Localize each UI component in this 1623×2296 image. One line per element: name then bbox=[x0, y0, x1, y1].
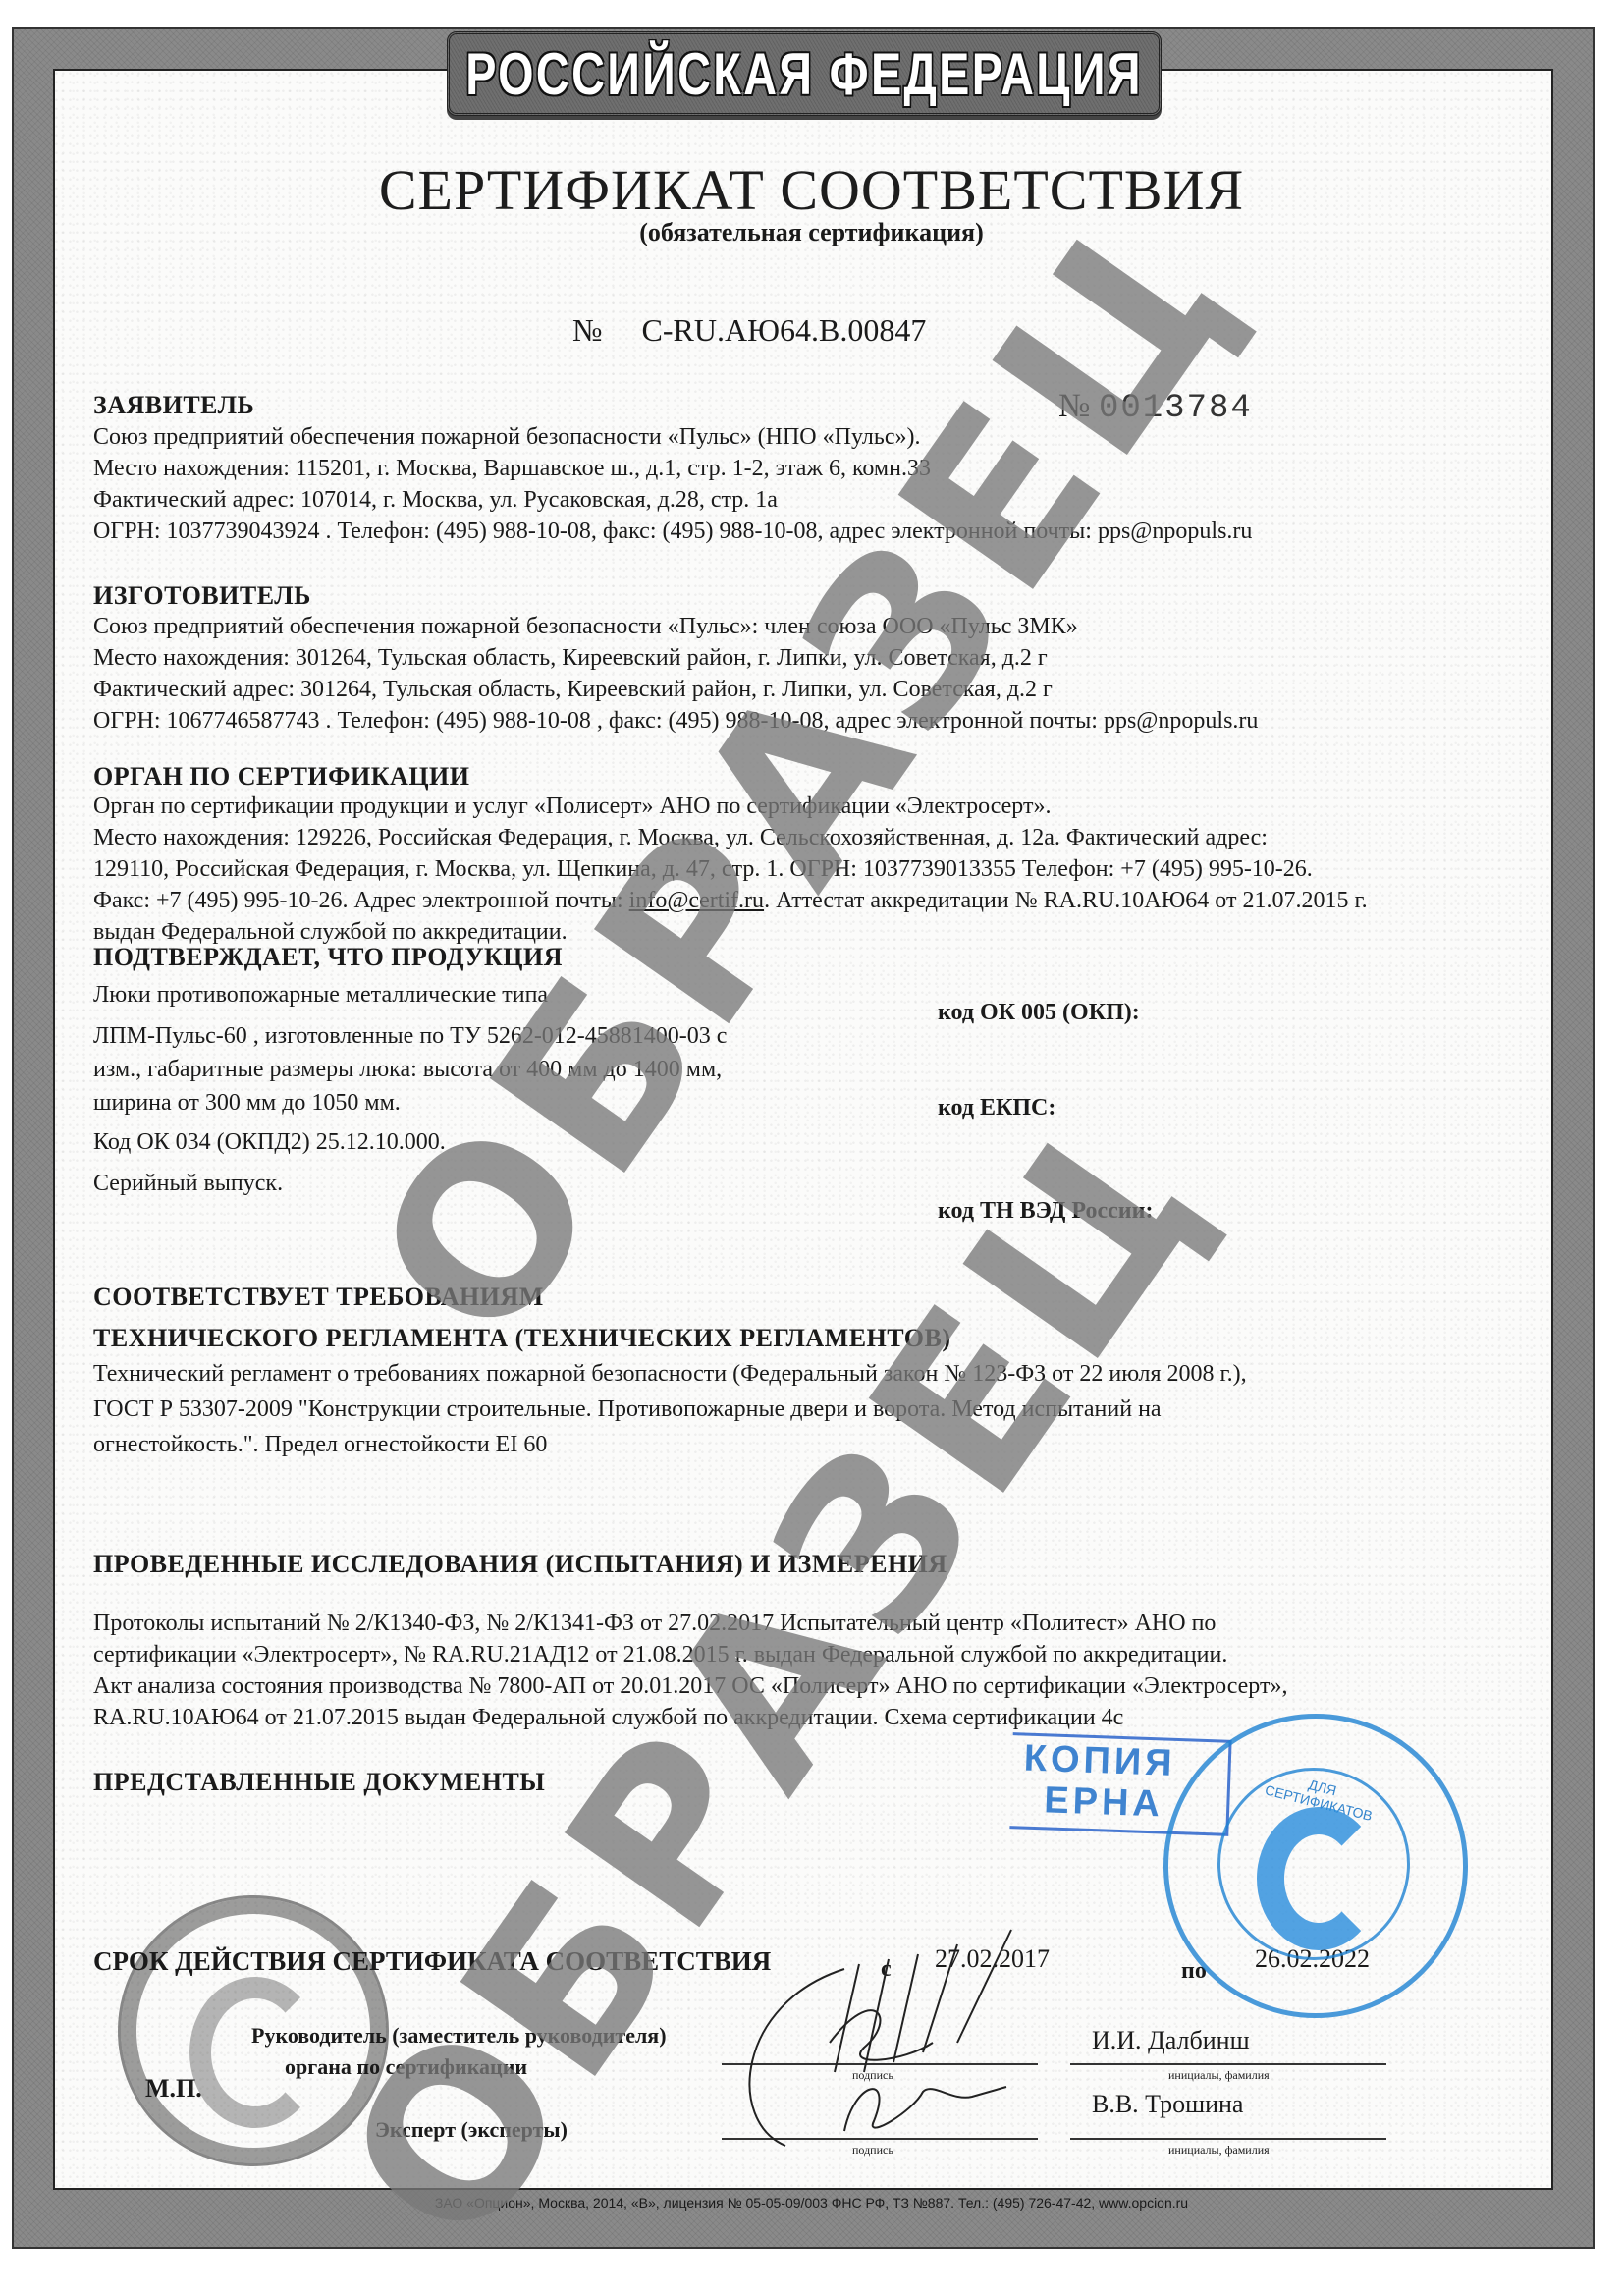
certification-body-heading: ОРГАН ПО СЕРТИФИКАЦИИ bbox=[93, 762, 470, 792]
expert-signature-line bbox=[722, 2138, 1038, 2140]
expert-name-caption: инициалы, фамилия bbox=[1168, 2143, 1270, 2158]
certification-body-line: Место нахождения: 129226, Российская Фед… bbox=[93, 825, 1268, 851]
blank-number-value: 0013784 bbox=[1099, 390, 1253, 427]
certificate-number-value: C-RU.АЮ64.В.00847 bbox=[642, 312, 927, 348]
tests-heading: ПРОВЕДЕННЫЕ ИССЛЕДОВАНИЯ (ИСПЫТАНИЯ) И И… bbox=[93, 1550, 947, 1579]
manufacturer-heading: ИЗГОТОВИТЕЛЬ bbox=[93, 581, 311, 611]
document-title: СЕРТИФИКАТ СООТВЕТСТВИЯ bbox=[0, 157, 1623, 223]
head-signature-caption: подпись bbox=[852, 2068, 893, 2083]
product-line: Код ОК 034 (ОКПД2) 25.12.10.000. bbox=[93, 1129, 446, 1156]
accreditation-text: . Аттестат аккредитации № RA.RU.10АЮ64 о… bbox=[764, 888, 1368, 913]
fax-and-email-prefix: Факс: +7 (495) 995-10-26. Адрес электрон… bbox=[93, 888, 629, 913]
applicant-line: ОГРН: 1037739043924 . Телефон: (495) 988… bbox=[93, 519, 1252, 545]
copy-stamp-line-1: КОПИЯ bbox=[1023, 1738, 1176, 1785]
tests-line: сертификации «Электросерт», № RA.RU.21АД… bbox=[93, 1642, 1227, 1668]
document-subtitle: (обязательная сертификация) bbox=[0, 218, 1623, 247]
product-line: ширина от 300 мм до 1050 мм. bbox=[93, 1090, 401, 1117]
tests-line: Акт анализа состояния производства № 780… bbox=[93, 1673, 1287, 1700]
head-name-line bbox=[1070, 2063, 1386, 2065]
certification-body-line: выдан Федеральной службой по аккредитаци… bbox=[93, 919, 568, 946]
copy-stamp-line-2: ЕРНА bbox=[1044, 1779, 1164, 1826]
manufacturer-line: ОГРН: 1067746587743 . Телефон: (495) 988… bbox=[93, 708, 1258, 735]
head-signatory-name: И.И. Далбинш bbox=[1092, 2026, 1250, 2055]
certification-body-line: Орган по сертификации продукции и услуг … bbox=[93, 793, 1051, 820]
certification-body-line: 129110, Российская Федерация, г. Москва,… bbox=[93, 856, 1313, 883]
blank-number: № 0013784 bbox=[1058, 388, 1253, 427]
applicant-line: Место нахождения: 115201, г. Москва, Вар… bbox=[93, 456, 931, 482]
product-heading: ПОДТВЕРЖДАЕТ, ЧТО ПРОДУКЦИЯ bbox=[93, 943, 563, 972]
requirements-line: ГОСТ Р 53307-2009 "Конструкции строитель… bbox=[93, 1396, 1162, 1423]
certification-mark-icon bbox=[1257, 1807, 1380, 1950]
code-tnved-label: код ТН ВЭД России: bbox=[938, 1198, 1153, 1225]
email-link[interactable]: info@certif.ru bbox=[629, 888, 764, 913]
expert-name: В.В. Трошина bbox=[1092, 2090, 1243, 2119]
number-sign: № bbox=[572, 312, 603, 348]
applicant-heading: ЗАЯВИТЕЛЬ bbox=[93, 391, 254, 420]
validity-from-date: 27.02.2017 bbox=[935, 1944, 1050, 1974]
product-line: Люки противопожарные металлические типа bbox=[93, 982, 548, 1009]
head-signatory-label: Руководитель (заместитель руководителя) bbox=[251, 2023, 667, 2049]
expert-name-line bbox=[1070, 2138, 1386, 2140]
validity-label: СРОК ДЕЙСТВИЯ СЕРТИФИКАТА СООТВЕТСТВИЯ bbox=[93, 1946, 771, 1977]
validity-from-label: с bbox=[881, 1956, 892, 1983]
tests-line: RA.RU.10АЮ64 от 21.07.2015 выдан Федерал… bbox=[93, 1705, 1123, 1731]
documents-heading: ПРЕДСТАВЛЕННЫЕ ДОКУМЕНТЫ bbox=[93, 1768, 545, 1797]
requirements-subheading: ТЕХНИЧЕСКОГО РЕГЛАМЕНТА (ТЕХНИЧЕСКИХ РЕГ… bbox=[93, 1324, 951, 1353]
product-line: изм., габаритные размеры люка: высота от… bbox=[93, 1057, 722, 1083]
requirements-line: Технический регламент о требованиях пожа… bbox=[93, 1361, 1247, 1388]
product-line: ЛПМ-Пульс-60 , изготовленные по ТУ 5262-… bbox=[93, 1023, 727, 1050]
head-signature-line bbox=[722, 2063, 1038, 2065]
certification-body-round-stamp: ДЛЯ СЕРТИФИКАТОВ bbox=[1163, 1714, 1468, 2018]
head-signatory-label-2: органа по сертификации bbox=[285, 2054, 527, 2080]
tests-line: Протоколы испытаний № 2/К1340-ФЗ, № 2/К1… bbox=[93, 1611, 1216, 1637]
manufacturer-line: Место нахождения: 301264, Тульская облас… bbox=[93, 645, 1048, 672]
product-line: Серийный выпуск. bbox=[93, 1171, 283, 1197]
certificate-number: №C-RU.АЮ64.В.00847 bbox=[572, 312, 926, 349]
certification-body-line: Факс: +7 (495) 995-10-26. Адрес электрон… bbox=[93, 888, 1368, 914]
printer-imprint: ЗАО «Опцион», Москва, 2014, «В», лицензи… bbox=[0, 2195, 1623, 2211]
expert-signature-caption: подпись bbox=[852, 2143, 893, 2158]
country-name: РОССИЙСКАЯ ФЕДЕРАЦИЯ bbox=[465, 40, 1143, 108]
requirements-line: огнестойкость.". Предел огнестойкости EI… bbox=[93, 1432, 547, 1458]
blank-number-sign: № bbox=[1058, 388, 1090, 424]
expert-label: Эксперт (эксперты) bbox=[375, 2117, 568, 2143]
applicant-line: Фактический адрес: 107014, г. Москва, ул… bbox=[93, 487, 778, 514]
manufacturer-line: Фактический адрес: 301264, Тульская обла… bbox=[93, 677, 1053, 703]
code-ekps-label: код ЕКПС: bbox=[938, 1095, 1055, 1121]
head-name-caption: инициалы, фамилия bbox=[1168, 2068, 1270, 2083]
requirements-heading: СООТВЕТСТВУЕТ ТРЕБОВАНИЯМ bbox=[93, 1283, 544, 1312]
seal-place-label: М.П. bbox=[145, 2074, 202, 2104]
country-plaque: РОССИЙСКАЯ ФЕДЕРАЦИЯ bbox=[447, 31, 1162, 116]
manufacturer-line: Союз предприятий обеспечения пожарной бе… bbox=[93, 614, 1078, 640]
applicant-line: Союз предприятий обеспечения пожарной бе… bbox=[93, 424, 920, 451]
code-okp-label: код ОК 005 (ОКП): bbox=[938, 1000, 1140, 1026]
